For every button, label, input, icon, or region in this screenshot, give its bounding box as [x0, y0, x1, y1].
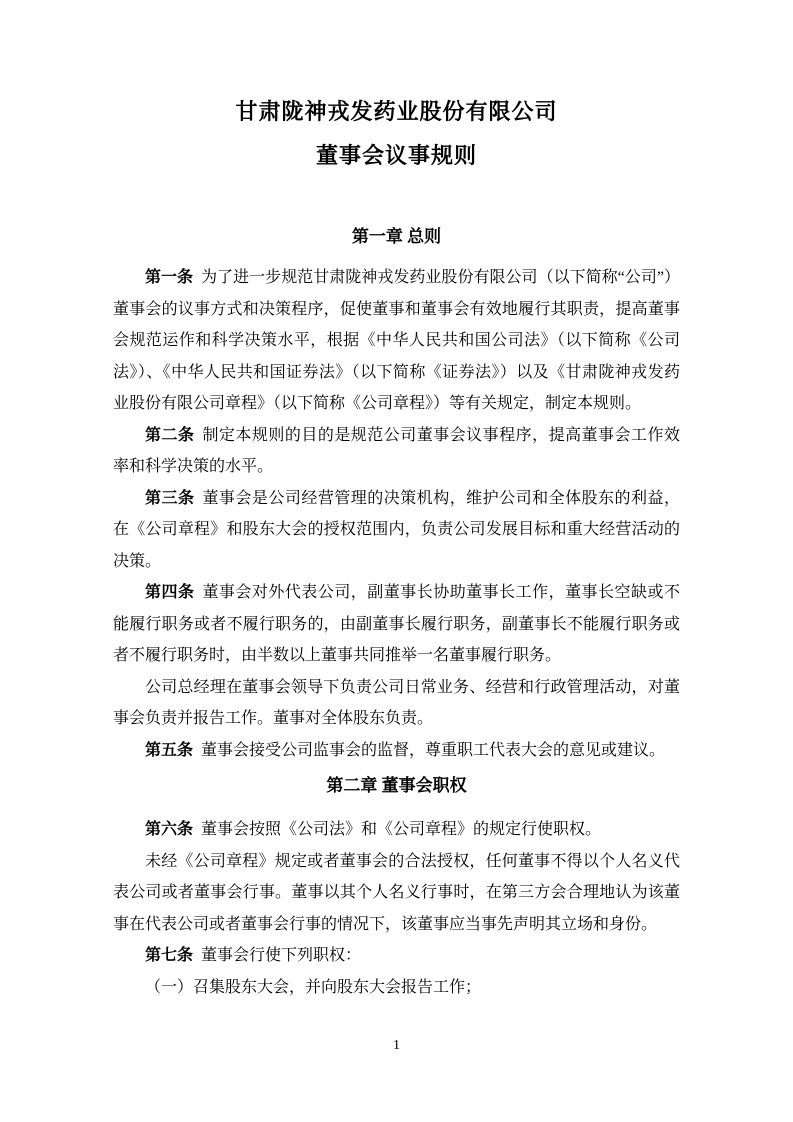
article-4-text: 董事会对外代表公司，副董事长协助董事长工作，董事长空缺或不能履行职务或者不履行职…	[113, 584, 680, 664]
article-5-text: 董事会接受公司监事会的监督，尊重职工代表大会的意见或建议。	[201, 742, 665, 759]
article-7-label: 第七条	[145, 947, 193, 964]
article-3-label: 第三条	[145, 490, 194, 507]
chapter-1-heading: 第一章 总则	[113, 221, 680, 253]
article-2-paragraph: 第二条制定本规则的目的是规范公司董事会议事程序，提高董事会工作效率和科学决策的水…	[113, 420, 680, 483]
company-name-title: 甘肃陇神戎发药业股份有限公司	[113, 97, 680, 127]
document-page: 甘肃陇神戎发药业股份有限公司 董事会议事规则 第一章 总则 第一条为了进一步规范…	[0, 0, 793, 1122]
article-7-text: 董事会行使下列职权：	[201, 947, 361, 964]
article-4-label: 第四条	[145, 584, 194, 601]
article-3-paragraph: 第三条董事会是公司经营管理的决策机构，维护公司和全体股东的利益，在《公司章程》和…	[113, 483, 680, 578]
article-2-label: 第二条	[145, 427, 194, 444]
article-6-paragraph-2-text: 未经《公司章程》规定或者董事会的合法授权，任何董事不得以个人名义代表公司或者董事…	[113, 853, 680, 933]
article-5-paragraph: 第五条董事会接受公司监事会的监督，尊重职工代表大会的意见或建议。	[113, 735, 680, 767]
article-6-paragraph: 第六条董事会按照《公司法》和《公司章程》的规定行使职权。	[113, 814, 680, 846]
article-6-label: 第六条	[145, 821, 193, 838]
article-6-text: 董事会按照《公司法》和《公司章程》的规定行使职权。	[201, 821, 601, 838]
document-title: 董事会议事规则	[113, 141, 680, 171]
article-4-paragraph-2: 公司总经理在董事会领导下负责公司日常业务、经营和行政管理活动，对董事会负责并报告…	[113, 672, 680, 735]
article-7-paragraph: 第七条董事会行使下列职权：	[113, 940, 680, 972]
article-4-paragraph-2-text: 公司总经理在董事会领导下负责公司日常业务、经营和行政管理活动，对董事会负责并报告…	[113, 679, 680, 728]
article-4-paragraph: 第四条董事会对外代表公司，副董事长协助董事长工作，董事长空缺或不能履行职务或者不…	[113, 577, 680, 672]
article-1-label: 第一条	[145, 269, 193, 286]
article-7-list-item-1: （一）召集股东大会，并向股东大会报告工作；	[113, 972, 680, 1004]
article-2-text: 制定本规则的目的是规范公司董事会议事程序，提高董事会工作效率和科学决策的水平。	[113, 427, 680, 476]
article-1-text: 为了进一步规范甘肃陇神戎发药业股份有限公司（以下简称“公司”）董事会的议事方式和…	[113, 269, 680, 412]
chapter-2-heading: 第二章 董事会职权	[113, 770, 680, 802]
article-6-paragraph-2: 未经《公司章程》规定或者董事会的合法授权，任何董事不得以个人名义代表公司或者董事…	[113, 846, 680, 941]
article-5-label: 第五条	[145, 742, 193, 759]
article-1-paragraph: 第一条为了进一步规范甘肃陇神戎发药业股份有限公司（以下简称“公司”）董事会的议事…	[113, 262, 680, 420]
article-3-text: 董事会是公司经营管理的决策机构，维护公司和全体股东的利益，在《公司章程》和股东大…	[113, 490, 680, 570]
page-number: 1	[0, 1038, 793, 1054]
article-7-list-item-1-text: （一）召集股东大会，并向股东大会报告工作；	[145, 979, 481, 996]
